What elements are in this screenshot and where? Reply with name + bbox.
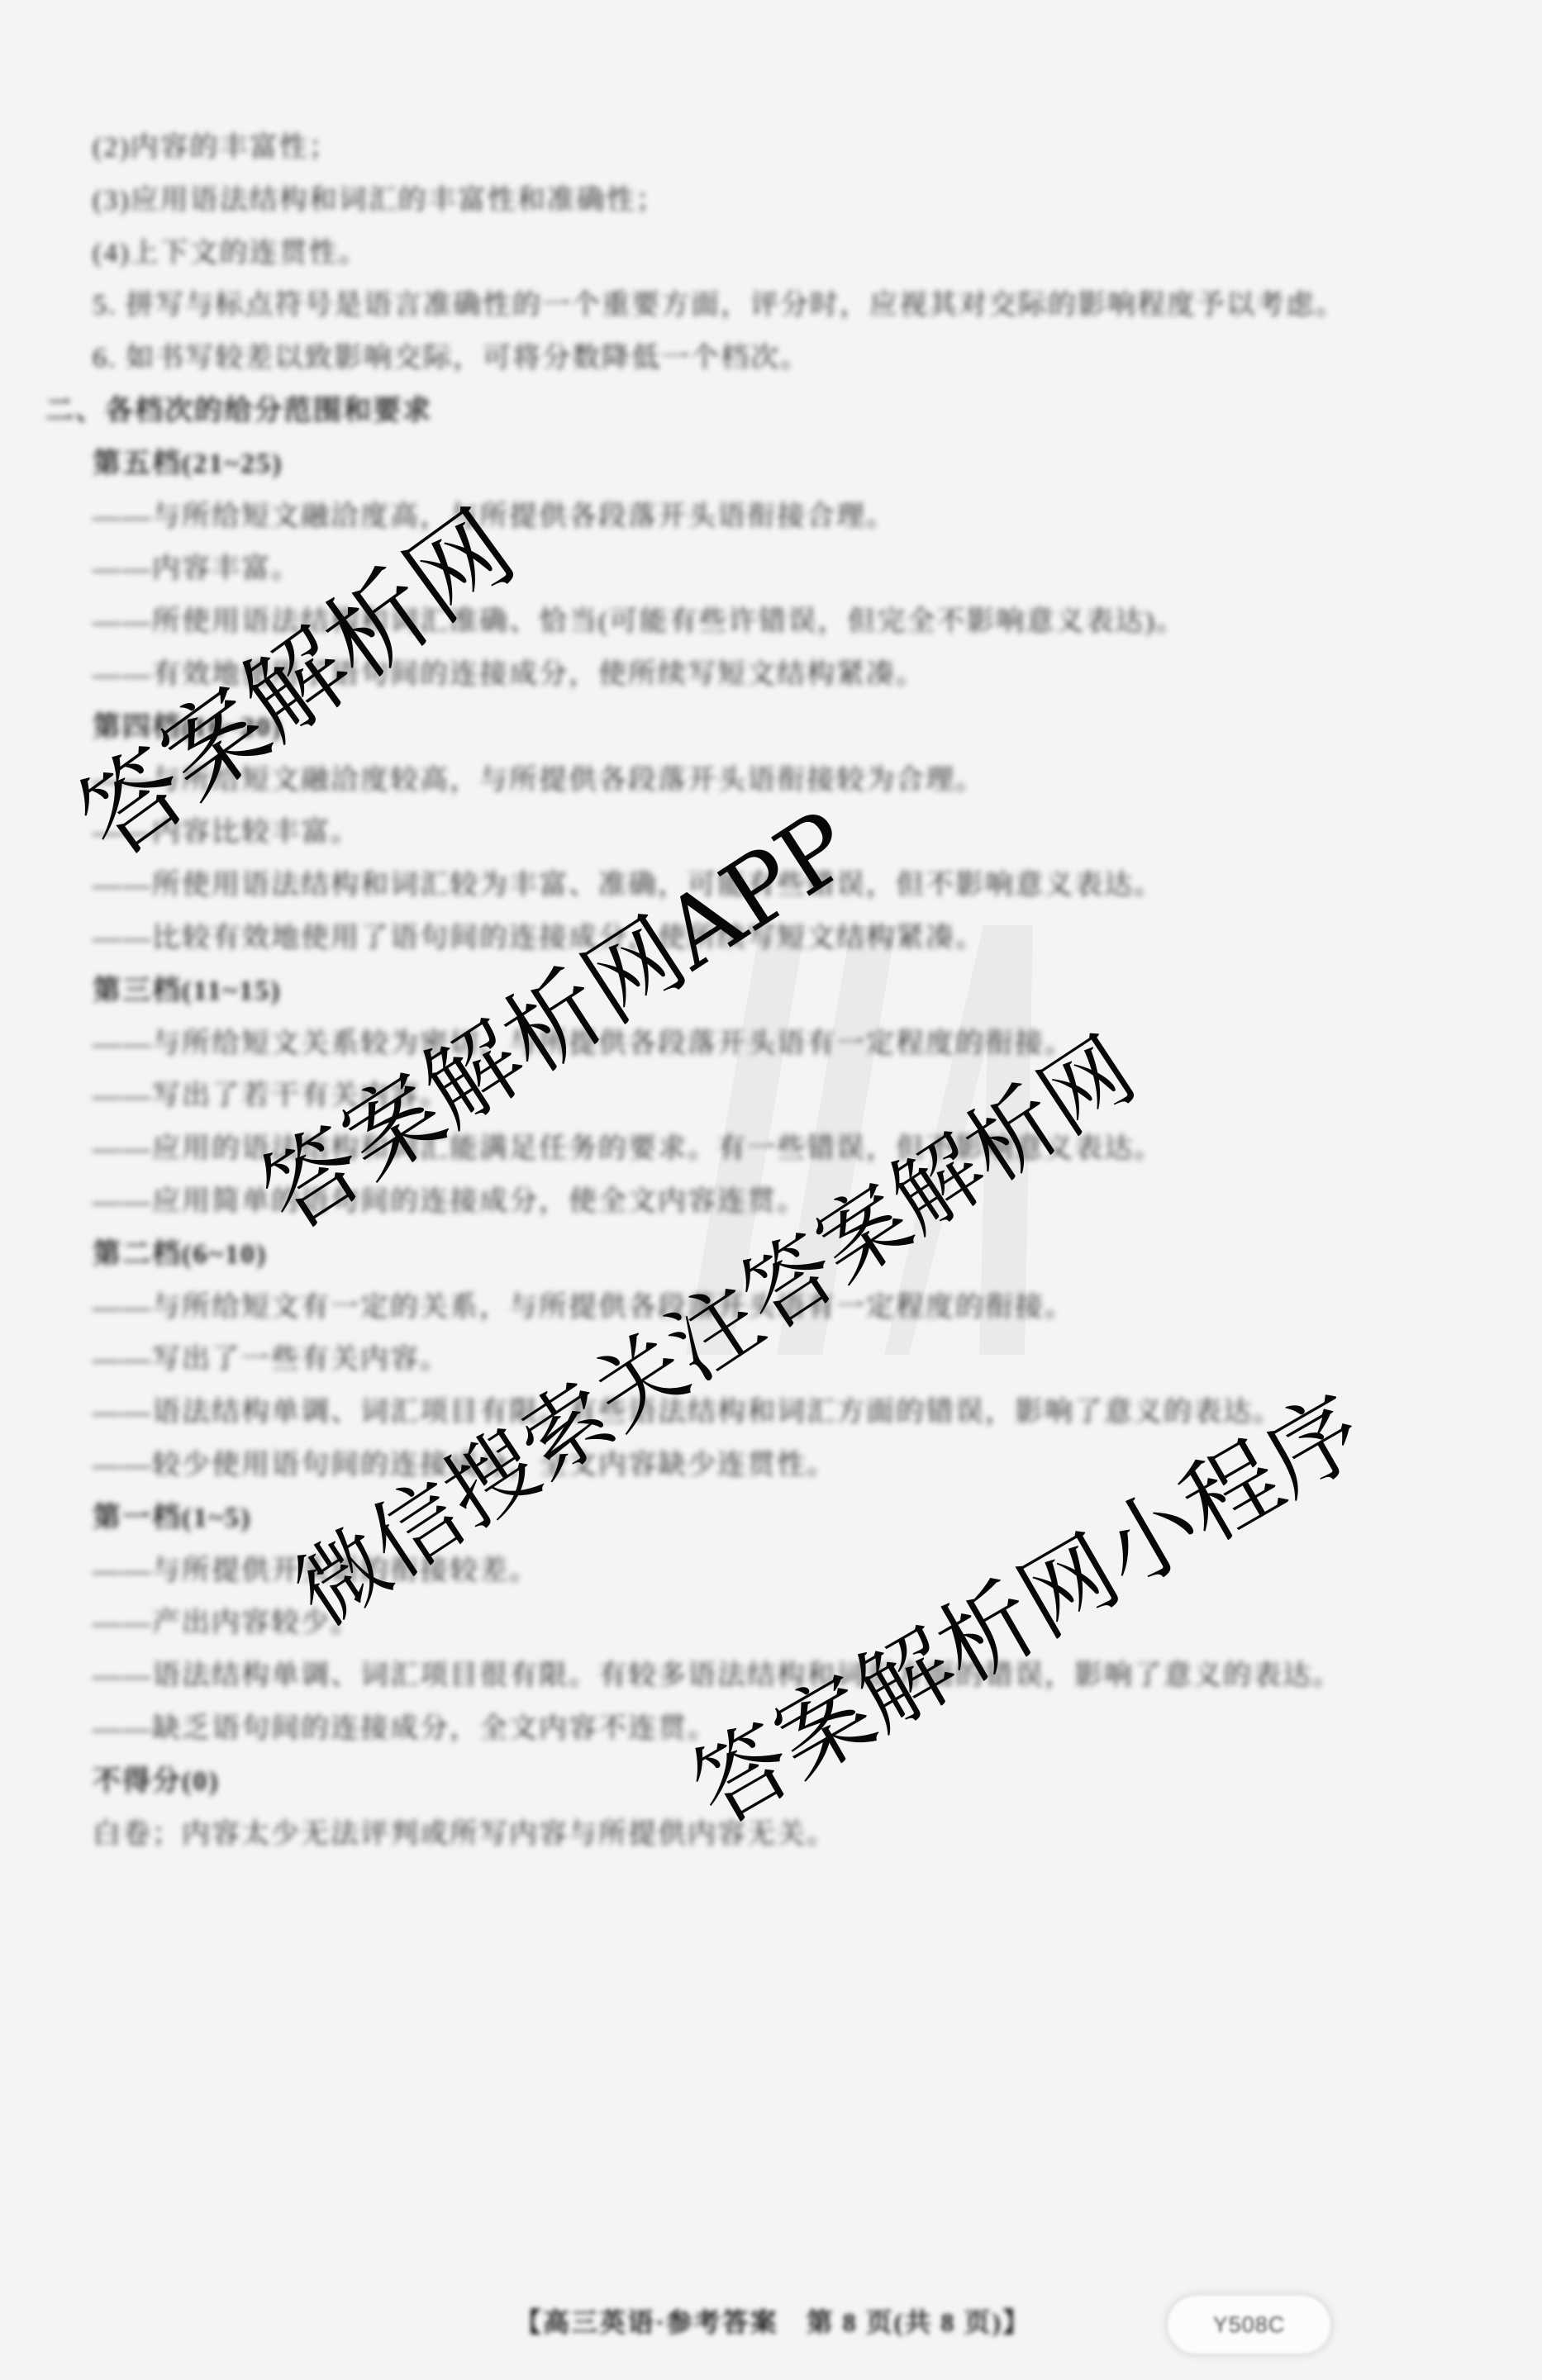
rubric-line: ——产出内容较少。 xyxy=(93,1599,360,1640)
footer-page-label: 【高三英语·参考答案 第 8 页(共 8 页)】 xyxy=(515,2302,1030,2340)
rubric-line: 第三档(11~15) xyxy=(93,967,281,1008)
rubric-line: ——与所给短文关系较为密切，与所提供各段落开头语有一定程度的衔接。 xyxy=(93,1020,1074,1061)
rubric-line: 6. 如书写较差以致影响交际，可将分数降低一个档次。 xyxy=(93,335,810,375)
rubric-line: (3)应用语法结构和词汇的丰富性和准确性； xyxy=(93,177,666,217)
rubric-line: ——内容比较丰富。 xyxy=(93,809,360,849)
exam-answer-page: (2)内容的丰富性；(3)应用语法结构和词汇的丰富性和准确性；(4)上下文的连贯… xyxy=(0,0,1542,2380)
rubric-line: ——有效地使用了语句间的连接成分，使所续写短文结构紧凑。 xyxy=(93,651,926,691)
rubric-line: 不得分(0) xyxy=(93,1758,220,1798)
rubric-line: ——与所给短文有一定的关系，与所提供各段落开头语有一定程度的衔接。 xyxy=(93,1284,1074,1324)
rubric-line: ——写出了一些有关内容。 xyxy=(93,1336,450,1376)
rubric-line: 二、各档次的给分范围和要求 xyxy=(45,387,432,428)
rubric-line: ——所使用语法结构和词汇较为丰富、准确，可能有些错误，但不影响意义表达。 xyxy=(93,862,1164,902)
rubric-line: ——比较有效地使用了语句间的连接成分，使所续写短文结构紧凑。 xyxy=(93,914,985,955)
paper-code-box: Y508C xyxy=(1168,2296,1330,2354)
rubric-line: ——语法结构单调、词汇项目很有限。有较多语法结构和词汇方面的错误，影响了意义的表… xyxy=(93,1652,1342,1693)
rubric-line: ——应用简单的语句间的连接成分，使全文内容连贯。 xyxy=(93,1178,807,1219)
rubric-line: ——写出了若干有关内容。 xyxy=(93,1072,450,1113)
rubric-line: 第二档(6~10) xyxy=(93,1231,267,1271)
rubric-line: ——与所给短文融洽度较高，与所提供各段落开头语衔接较为合理。 xyxy=(93,757,985,797)
rubric-line: ——较少使用语句间的连接成分，全文内容缺少连贯性。 xyxy=(93,1442,836,1482)
rubric-line: ——所使用语法结构和词汇准确、恰当(可能有些许错误，但完全不影响意义表达)。 xyxy=(93,598,1186,639)
rubric-line: 白卷；内容太少无法评判或所写内容与所提供内容无关。 xyxy=(93,1811,836,1851)
rubric-line: 5. 拼写与标点符号是语言准确性的一个重要方面，评分时，应视其对交际的影响程度予… xyxy=(93,282,1345,322)
rubric-line: ——与所给短文融洽度高，与所提供各段落开头语衔接合理。 xyxy=(93,493,896,534)
rubric-line: (2)内容的丰富性； xyxy=(93,124,339,164)
rubric-line: ——缺乏语句间的连接成分，全文内容不连贯。 xyxy=(93,1705,717,1746)
rubric-line: (4)上下文的连贯性。 xyxy=(93,230,369,270)
rubric-line: ——与所提供开头语的衔接较差。 xyxy=(93,1547,539,1588)
rubric-line: 第五档(21~25) xyxy=(93,440,283,481)
rubric-line: ——语法结构单调、词汇项目有限。有些语法结构和词汇方面的错误，影响了意义的表达。 xyxy=(93,1389,1283,1429)
rubric-line: ——应用的语法结构和词汇能满足任务的要求。有一些错误，但不影响意义表达。 xyxy=(93,1125,1164,1166)
rubric-text-block: (2)内容的丰富性；(3)应用语法结构和词汇的丰富性和准确性；(4)上下文的连贯… xyxy=(0,0,1542,2380)
paper-code-label: Y508C xyxy=(1213,2312,1286,2338)
rubric-line: ——内容丰富。 xyxy=(93,545,301,586)
rubric-line: 第一档(1~5) xyxy=(93,1494,251,1535)
rubric-line: 第四档(16~20) xyxy=(93,704,283,744)
